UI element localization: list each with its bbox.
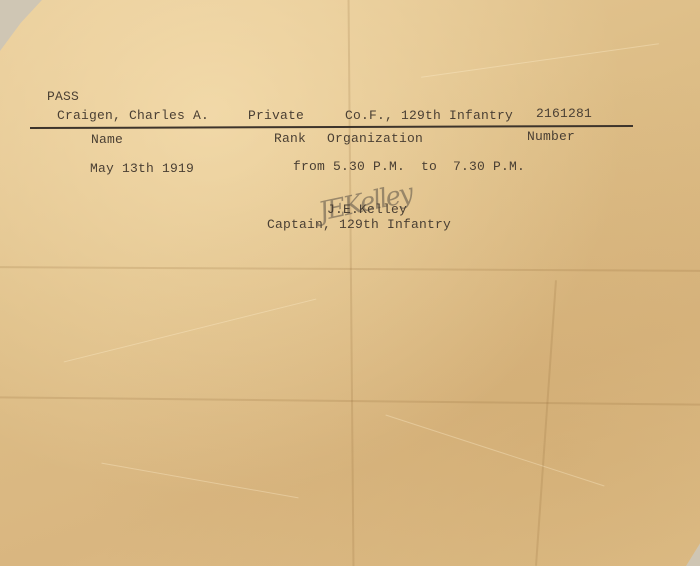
signer-title: Captain, 129th Infantry	[267, 217, 451, 232]
label-name: Name	[91, 132, 123, 147]
fold-line	[0, 396, 700, 405]
crease	[421, 43, 659, 77]
label-number: Number	[527, 129, 575, 144]
soldier-organization: Co.F., 129th Infantry	[345, 108, 513, 123]
fold-line	[535, 280, 557, 565]
crease	[385, 414, 604, 486]
soldier-number: 2161281	[536, 106, 592, 121]
soldier-name: Craigen, Charles A.	[57, 108, 209, 123]
signer-name: J.E.Kelley	[327, 202, 407, 217]
label-rank: Rank	[274, 131, 306, 146]
crease	[64, 299, 317, 363]
crease	[101, 463, 298, 499]
paper-pass-document: PASS Craigen, Charles A. Private Co.F., …	[0, 0, 700, 566]
pass-date: May 13th 1919	[90, 161, 194, 176]
soldier-rank: Private	[248, 108, 304, 123]
label-organization: Organization	[327, 131, 423, 146]
pass-time-range: from 5.30 P.M. to 7.30 P.M.	[293, 159, 525, 174]
pass-heading: PASS	[47, 89, 79, 104]
fold-line	[348, 0, 355, 566]
